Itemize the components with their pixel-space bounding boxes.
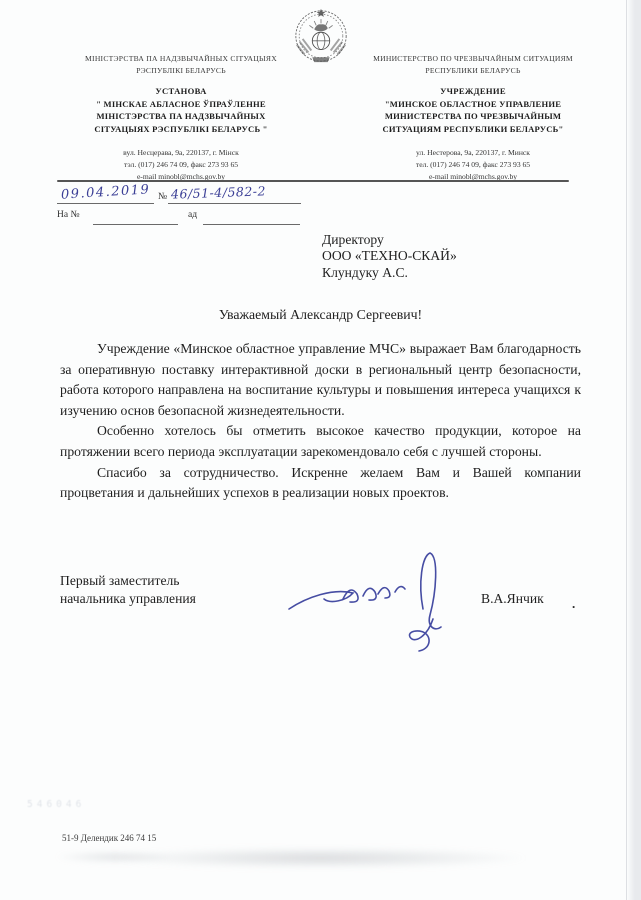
scan-smudge: [30, 848, 200, 866]
number-underline: [168, 203, 301, 204]
paragraph-3: Спасибо за сотрудничество. Искренне жела…: [60, 463, 581, 504]
letter-body: Учреждение «Минское областное управление…: [60, 339, 581, 504]
date-underline: [57, 203, 154, 204]
scan-edge-shadow: [626, 0, 641, 900]
number-label: №: [158, 192, 167, 202]
executor-contact: 51-9 Делендик 246 74 15: [62, 833, 156, 843]
org-type-ru: УЧРЕЖДЕНИЕ: [332, 86, 614, 96]
contact-info-ru: ул. Нестерова, 9а, 220137, г. Минск тел.…: [332, 147, 614, 182]
letterhead-right: МИНИСТЕРСТВО ПО ЧРЕЗВЫЧАЙНЫМ СИТУАЦИЯМ Р…: [332, 53, 614, 183]
signer-position: Первый заместитель начальника управления: [60, 572, 196, 609]
handwritten-date: 09.04.2019: [61, 182, 151, 202]
from-underline: [203, 224, 300, 225]
org-name-ru: "МИНСКОЕ ОБЛАСТНОЕ УПРАВЛЕНИЕ МИНИСТЕРСТ…: [332, 98, 614, 137]
reply-to-label: На №: [57, 210, 80, 220]
letterhead-left: МІНІСТЭРСТВА ПА НАДЗВЫЧАЙНЫХ СІТУАЦЫЯХ Р…: [40, 53, 322, 183]
reply-underline: [93, 224, 178, 225]
handwritten-signature: [283, 547, 478, 662]
org-type-by: УСТАНОВА: [40, 86, 322, 96]
from-date-label: ад: [188, 210, 197, 220]
header-divider-line: [57, 180, 569, 182]
salutation: Уважаемый Александр Сергеевич!: [60, 307, 581, 323]
signer-name: В.А.Янчик: [481, 591, 544, 607]
addressee-block: Директору ООО «ТЕХНО-СКАЙ» Клундуку А.С.: [322, 232, 457, 281]
faded-stamp-digits: 546046: [27, 799, 85, 810]
handwritten-ref-number: 46/51-4/582-2: [171, 183, 266, 201]
ministry-name-ru: МИНИСТЕРСТВО ПО ЧРЕЗВЫЧАЙНЫМ СИТУАЦИЯМ Р…: [332, 53, 614, 77]
contact-info-by: вул. Несцерава, 9а, 220137, г. Мінск тэл…: [40, 147, 322, 182]
paragraph-1: Учреждение «Минское областное управление…: [60, 339, 581, 421]
org-name-by: " МІНСКАЕ АБЛАСНОЕ ЎПРАЎЛЕННЕ МІНІСТЭРСТ…: [40, 98, 322, 137]
stray-dot: .: [572, 596, 575, 612]
ministry-name-by: МІНІСТЭРСТВА ПА НАДЗВЫЧАЙНЫХ СІТУАЦЫЯХ Р…: [40, 53, 322, 77]
paragraph-2: Особенно хотелось бы отметить высокое ка…: [60, 421, 581, 462]
scanned-letter-page: МІНІСТЭРСТВА ПА НАДЗВЫЧАЙНЫХ СІТУАЦЫЯХ Р…: [0, 0, 641, 900]
